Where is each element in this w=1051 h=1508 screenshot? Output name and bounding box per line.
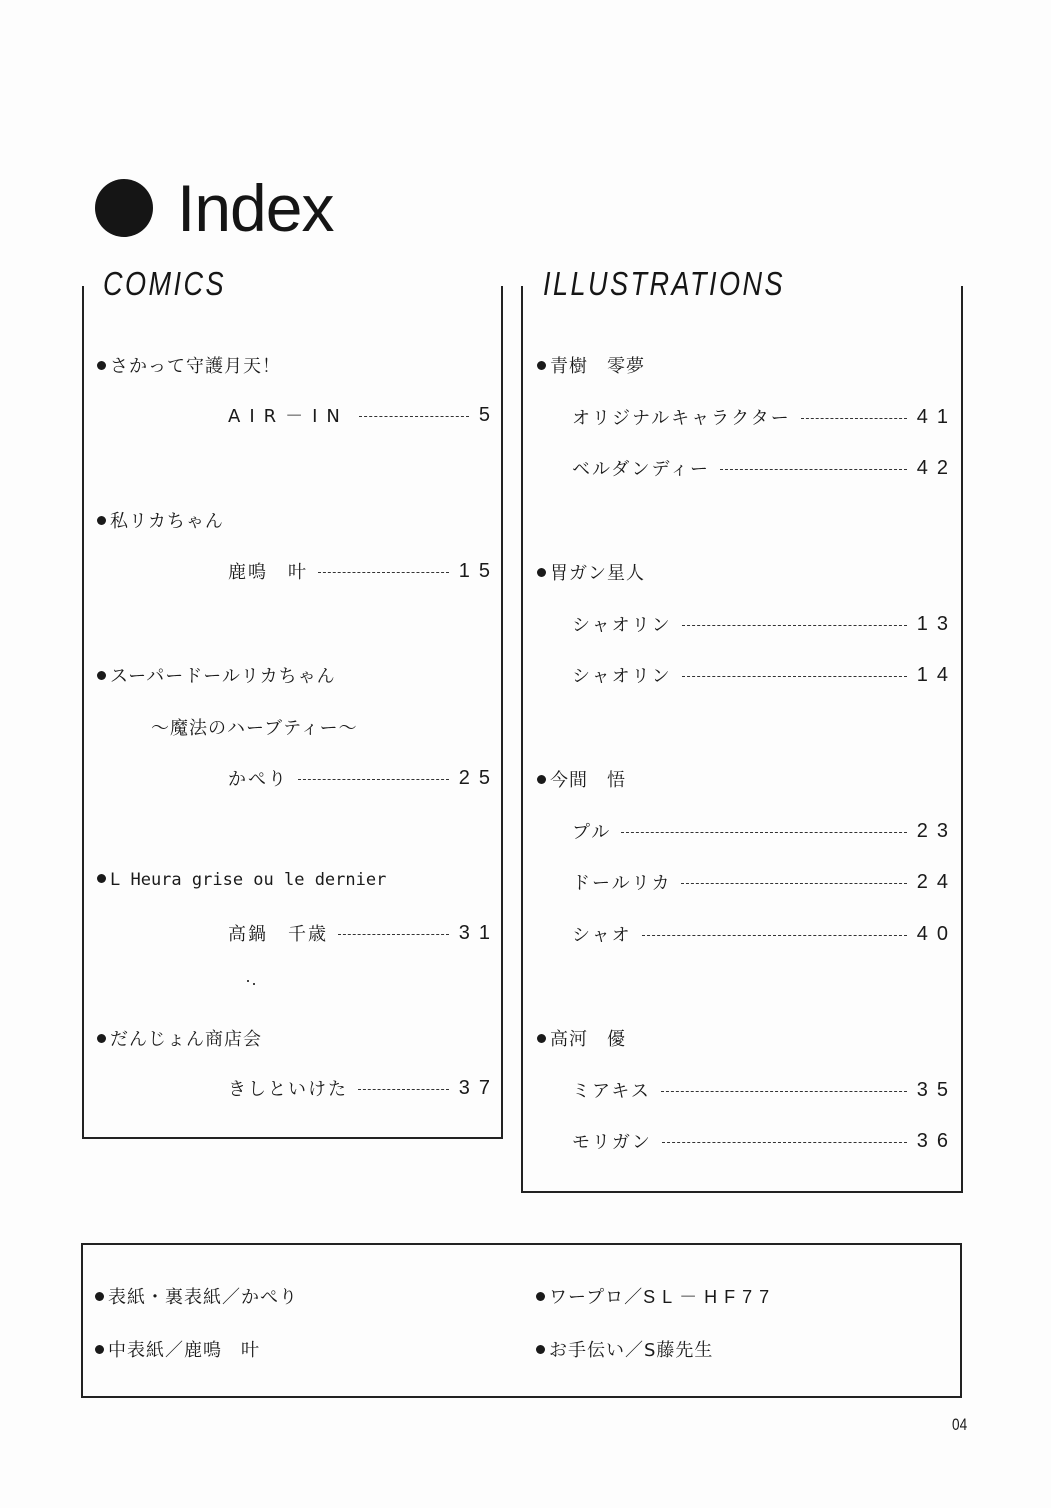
dot-leader [661,1091,907,1092]
artist-name: 青樹 零夢 [537,352,645,378]
bullet-icon [95,1292,104,1301]
credit-word-processor: ワープロ／SL－HF77 [536,1283,776,1309]
bullet-icon [97,1034,106,1043]
illustration-entry[interactable]: シャオリン 14 [572,662,948,688]
page-number-ref: 40 [917,923,957,946]
page-number-ref: 37 [459,1077,499,1100]
scan-speck [247,980,249,982]
page-number-ref: 24 [917,871,957,894]
comic-author: 高鍋 千歳 [228,920,328,946]
illustration-name: ミアキス [572,1077,651,1103]
page-number-ref: 31 [459,922,499,945]
comic-title: スーパードールリカちゃん [97,662,336,688]
comic-title: L Heura grise ou le dernier [97,870,386,890]
illustration-name: ベルダンディー [572,455,710,481]
illustration-entry[interactable]: ミアキス 35 [572,1077,948,1103]
dot-leader [682,625,907,626]
bullet-icon [536,1292,545,1301]
page-number-ref: 35 [917,1079,957,1102]
illustration-name: ドールリカ [572,869,671,895]
credit-inner-cover: 中表紙／鹿鳴 叶 [95,1336,260,1362]
page-number-ref: 42 [917,457,957,480]
page-number-ref: 5 [479,404,499,427]
page-title: Index [95,163,333,253]
bullet-icon [537,1034,546,1043]
artist-name: 胃ガン星人 [537,559,645,585]
illustration-name: プル [572,818,611,844]
dot-leader [318,572,449,573]
comic-author: AIR－IN [228,402,349,428]
page-number-ref: 36 [917,1130,957,1153]
credits-box [81,1243,962,1398]
bullet-icon [97,516,106,525]
illustration-entry[interactable]: オリジナルキャラクター 41 [572,404,948,430]
dot-leader [358,1089,449,1090]
comic-subtitle: ～魔法のハーブティー～ [151,714,358,740]
illustration-name: シャオリン [572,662,672,688]
comic-entry[interactable]: AIR－IN 5 [228,402,490,428]
comic-entry[interactable]: かぺり 25 [228,765,490,791]
bullet-icon [97,361,106,370]
comic-entry[interactable]: 高鍋 千歳 31 [228,920,490,946]
comic-entry[interactable]: 鹿鳴 叶 15 [228,558,490,584]
comic-title: だんじょん商店会 [97,1025,262,1051]
page-number-ref: 41 [917,406,957,429]
illustration-entry[interactable]: ベルダンディー 42 [572,455,948,481]
illustration-entry[interactable]: プル 23 [572,818,948,844]
scan-speck [253,983,255,985]
dot-leader [682,676,907,677]
dot-leader [720,469,907,470]
dot-leader [642,935,907,936]
illustration-name: オリジナルキャラクター [572,404,791,430]
dot-leader [621,832,906,833]
bullet-icon [537,568,546,577]
artist-name: 今間 悟 [537,766,626,792]
bullet-icon [95,1345,104,1354]
dot-leader [338,934,449,935]
credit-cover: 表紙・裏表紙／かぺり [95,1283,298,1309]
illustration-name: モリガン [572,1128,652,1154]
comic-entry[interactable]: きしといけた 37 [228,1075,490,1101]
dot-leader [681,883,906,884]
illustration-name: シャオ [572,921,632,947]
bullet-icon [97,874,106,883]
dot-leader [359,416,469,417]
page-title-text: Index [177,170,333,246]
bullet-icon [537,775,546,784]
page-number-ref: 14 [917,664,957,687]
page-number-ref: 15 [459,560,499,583]
page-number-ref: 25 [459,767,499,790]
comic-title: 私リカちゃん [97,507,224,533]
illustration-name: シャオリン [572,611,672,637]
bullet-icon [95,179,153,237]
illustration-entry[interactable]: ドールリカ 24 [572,869,948,895]
dot-leader [801,418,907,419]
dot-leader [298,779,449,780]
bullet-icon [97,671,106,680]
bullet-icon [536,1345,545,1354]
page-number: 04 [952,1415,967,1435]
page-number-ref: 23 [917,820,957,843]
comic-author: 鹿鳴 叶 [228,558,308,584]
comic-author: きしといけた [228,1075,348,1101]
credit-assistance: お手伝い／S藤先生 [536,1336,713,1362]
artist-name: 高河 優 [537,1025,626,1051]
illustration-entry[interactable]: シャオリン 13 [572,611,948,637]
bullet-icon [537,361,546,370]
dot-leader [662,1142,907,1143]
page-number-ref: 13 [917,613,957,636]
comic-author: かぺり [228,765,288,791]
comic-title: さかって守護月天！ [97,352,281,378]
illustration-entry[interactable]: シャオ 40 [572,921,948,947]
illustration-entry[interactable]: モリガン 36 [572,1128,948,1154]
